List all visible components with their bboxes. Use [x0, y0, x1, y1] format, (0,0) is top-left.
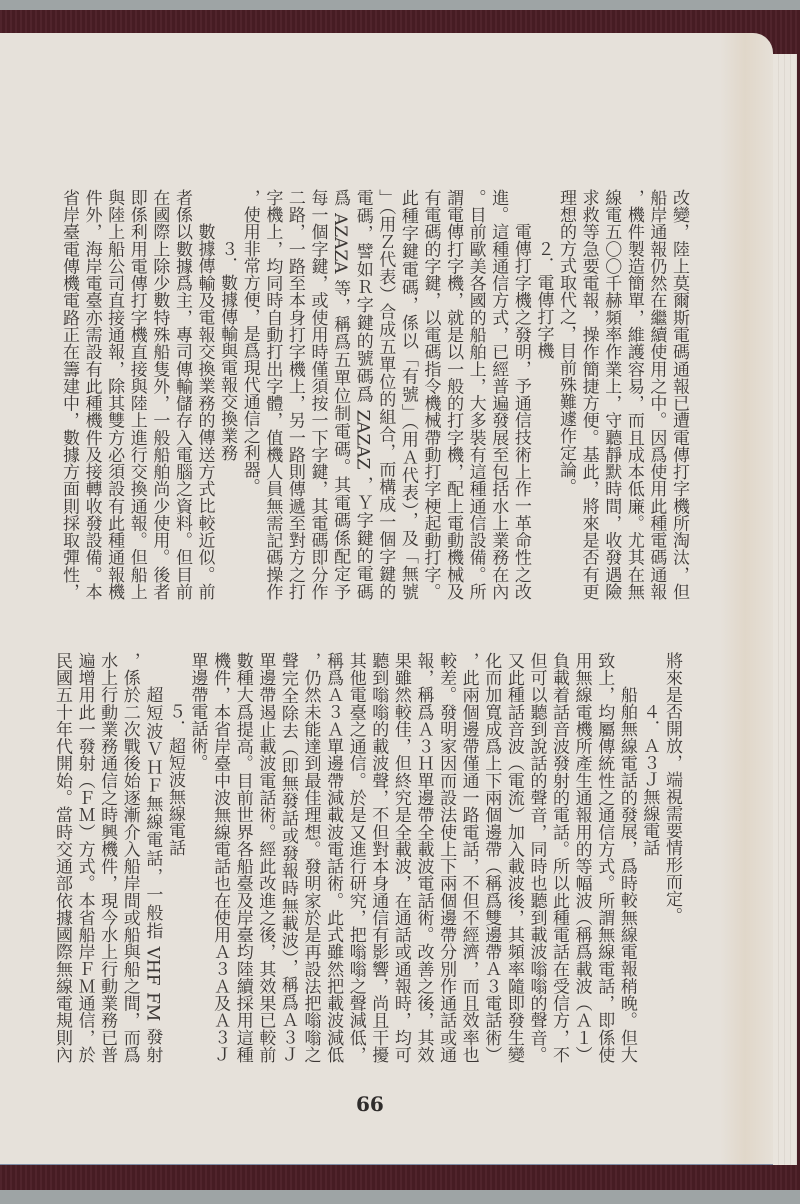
text-column: 超短波ＶＨＦ無線電話，一般指 VHF FM 發射 — [141, 652, 164, 1063]
text-column: 理想的方式取代之，目前殊難遽作定論。 — [554, 189, 577, 600]
text-column: 有電碼的字鍵，以電碼指令機械帶動打字梗起動打字。 — [419, 189, 442, 600]
text-column: 較差。發明家因而設法使上下兩個邊帶分別作通話或通 — [434, 652, 457, 1063]
text-column: 電傳打字機之發明，予通信技術上作一革命性之改 — [509, 189, 532, 600]
text-column: 此種字鍵電碼，係以「有號」（用Ａ代表），及「無號 — [396, 189, 419, 600]
text-column: 船岸通報仍然在繼續使用之中。因爲使用此種電碼通報 — [645, 189, 668, 600]
text-column: 省岸臺電傳機電路正在籌建中，數據方面則採取彈性， — [57, 189, 80, 600]
text-column: 報，稱爲Ａ３Ｈ單邊帶全載波電話術。改善之後，其效 — [412, 652, 435, 1063]
text-column: 謂電傳打字機，就是以一般的打字機，配上電動機械及 — [441, 189, 464, 600]
text-column: 單邊帶電話術。 — [186, 652, 209, 1063]
section-heading: ３．數據傳輸與電報交換業務 — [216, 189, 239, 600]
text-column: 機件，本省岸臺中波無線電話也在使用Ａ３Ａ及Ａ３Ｊ — [209, 652, 232, 1063]
text-column: 聲完全除去（即無發話或發報時無載波），稱爲Ａ３Ｊ — [276, 652, 299, 1063]
text-column: 遍增用此一發射（ＦＭ）方式。本省船岸ＦＭ通信，於 — [73, 652, 96, 1063]
text-column: 進。這種通信方式，已經普遍發展至包括水上業務在內 — [487, 189, 510, 600]
text-column: ，仍然未能達到最佳理想。發明家於是再設法把嗡嗡之 — [299, 652, 322, 1063]
section-heading: ４．Ａ３Ｊ無線電話 — [638, 652, 661, 1063]
text-column: 但可以聽到說話的聲音，同時也聽到載波嗡嗡的聲音。 — [525, 652, 548, 1063]
text-column: 改變，陸上莫爾斯電碼通報已遭電傳打字機所淘汰，但 — [667, 189, 690, 600]
text-column: 者係以數據爲主，專司傳輸儲存入電腦之資料。但目前 — [170, 189, 193, 600]
text-column: 二路，一路至本身打字機上，另一路則傳遞至對方之打 — [283, 189, 306, 600]
text-column: 電碼，譬如Ｒ字鍵的號碼爲 ZAZAZ ，Ｙ字鍵的電碼 — [351, 189, 374, 600]
text-column: 字機上，均同時自動打出字體，值機人員無需記碼操作 — [261, 189, 284, 600]
text-column: 又此種話音波（電流）加入載波後，其頻率隨即發生變 — [502, 652, 525, 1063]
text-column: 水上行動業務通信之時興機件，現今水上行動業務已普 — [96, 652, 119, 1063]
text-column: 果雖然較佳，但終究是全載波，在通話或通報時，均可 — [389, 652, 412, 1063]
text-column: 數據傳輸及電報交換業務的傳送方式比較近似。前 — [193, 189, 216, 600]
text-column: 聽到嗡嗡的載波聲，不但對本身通信有影響，尚且干擾 — [367, 652, 390, 1063]
text-column: 爲 AZAZA 等，稱爲五單位制電碼。其電碼係配定予 — [329, 189, 352, 600]
text-column: 民國五十年代開始。當時交通部依據國際無線電規則內 — [50, 652, 73, 1063]
text-column: ，機件製造簡單，維護容易，而且成本低廉。尤其在無 — [622, 189, 645, 600]
text-column: 求救等急要電報，操作簡捷方便。基此，將來是否有更 — [577, 189, 600, 600]
text-column: 與陸上船公司直接通報，除其雙方必須設有此種通報機 — [103, 189, 126, 600]
text-column: 件外，海岸電臺亦需設有此種機件及接轉收發設備。本 — [80, 189, 103, 600]
text-column: 在國際上除少數特殊船隻外，一般船舶尚少使用。後者 — [148, 189, 171, 600]
text-column: ，係於二次戰後始逐漸介入船岸間或船與船之間，而爲 — [118, 652, 141, 1063]
text-column: 線電五〇〇千赫頻率作業上，守聽靜默時間，收發遇險 — [600, 189, 623, 600]
text-column: 船舶無線電話的發展，爲時較無線電報稍晚。但大 — [615, 652, 638, 1063]
text-column: 每一個字鍵，或使用時僅須按一下字鍵，其電碼即分作 — [306, 189, 329, 600]
text-column: 稱爲Ａ３Ａ單邊帶減載波電話術。此式雖然把載波減低 — [322, 652, 345, 1063]
text-column: 其他電臺之通信。於是又進行研究，把嗡嗡之聲減低， — [344, 652, 367, 1063]
text-column: 」（用Ｚ代表）合成五單位的組合，而構成一個字鍵的 — [374, 189, 397, 600]
text-column: 將來是否開放，端視需要情形而定。 — [660, 652, 683, 1063]
section-heading: ５．超短波無線電話 — [163, 652, 186, 1063]
bottom-text-block: 將來是否開放，端視需要情形而定。 ４．Ａ３Ｊ無線電話 船舶無線電話的發展，爲時較… — [50, 652, 683, 1063]
section-heading: ２．電傳打字機 — [532, 189, 555, 600]
text-column: 化而加寬成爲上下兩個邊帶（稱爲雙邊帶Ａ３電話術） — [480, 652, 503, 1063]
text-column: 即係利用電傳打字機直接與陸上進行交換通報。但船上 — [125, 189, 148, 600]
text-column: 。目前歐美各國的船舶上，大多裝有這種通信設備。所 — [464, 189, 487, 600]
text-column: 用無線電機所產生通報用的等幅波（稱爲載波（Ａ１） — [570, 652, 593, 1063]
text-column: 負載着話音波發射的電話。所以此種電話在受信方，不 — [547, 652, 570, 1063]
text-column: 單邊帶遏止載波電話術。經此改進之後，其效果已較前 — [254, 652, 277, 1063]
text-column: 致上，均屬傳統性之通信方式。所謂無線電話，即係使 — [593, 652, 616, 1063]
top-text-block: 改變，陸上莫爾斯電碼通報已遭電傳打字機所淘汰，但 船岸通報仍然在繼續使用之中。因… — [57, 189, 690, 600]
page-number: 66 — [356, 1092, 384, 1116]
text-column: ，使用非常方便，是爲現代通信之利器。 — [238, 189, 261, 600]
text-column: ，此兩個邊帶僅通一路電話，不但不經濟，而且效率也 — [457, 652, 480, 1063]
text-column: 數種大爲提高。目前世界各船臺及岸臺均陸續採用這種 — [231, 652, 254, 1063]
